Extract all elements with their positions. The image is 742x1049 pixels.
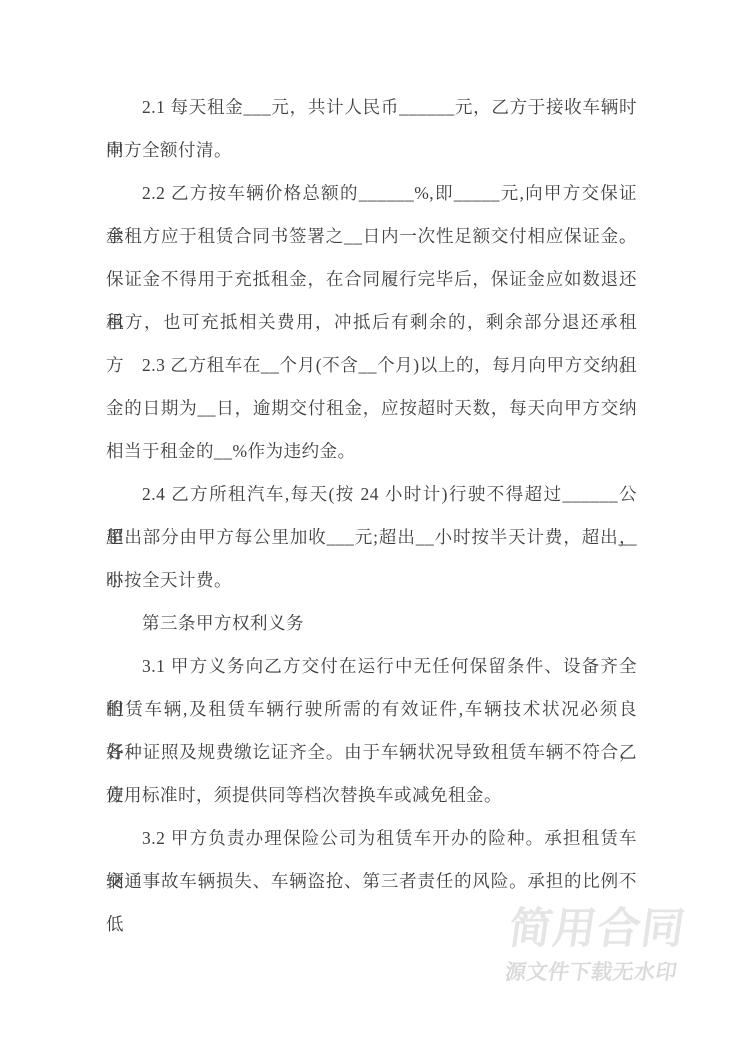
contract-body: 2.1 每天租金___元，共计人民币______元，乙方于接收车辆时向 甲方全额…	[106, 86, 637, 903]
clause-3-1: 3.1 甲方义务向乙方交付在运行中无任何保留条件、设备齐全的 租赁车辆,及租赁车…	[106, 645, 637, 817]
text-line: 相当于租金的__%作为违约金。	[106, 430, 637, 473]
clause-2-2: 2.2 乙方按车辆价格总额的______%,即_____元,向甲方交保证金。 承…	[106, 172, 637, 344]
text-line: 承租方应于租赁合同书签署之__日内一次性足额交付相应保证金。	[106, 215, 637, 258]
watermark: 简用合同 源文件下载无水印	[499, 905, 690, 985]
text-line: 2.1 每天租金___元，共计人民币______元，乙方于接收车辆时向	[106, 86, 637, 129]
watermark-title: 简用合同	[504, 905, 691, 953]
text-line: 交通事故车辆损失、车辆盗抢、第三者责任的风险。承担的比例不低	[106, 860, 637, 903]
text-line: 2.4 乙方所租汽车,每天(按 24 小时计)行驶不得超过______公里，	[106, 473, 637, 516]
text-line: 甲方全额付清。	[106, 129, 637, 172]
section-3-heading: 第三条甲方权利义务	[106, 602, 637, 645]
clause-3-2: 3.2 甲方负责办理保险公司为租赁车开办的险种。承担租赁车辆 交通事故车辆损失、…	[106, 817, 637, 903]
section-heading: 第三条甲方权利义务	[106, 602, 637, 645]
text-line: 保证金不得用于充抵租金，在合同履行完毕后，保证金应如数退还承	[106, 258, 637, 301]
watermark-subtitle: 源文件下载无水印	[499, 961, 682, 985]
text-line: 2.2 乙方按车辆价格总额的______%,即_____元,向甲方交保证金。	[106, 172, 637, 215]
text-line: 租赁车辆,及租赁车辆行驶所需的有效证件,车辆技术状况必须良好，	[106, 688, 637, 731]
text-line: 3.2 甲方负责办理保险公司为租赁车开办的险种。承担租赁车辆	[106, 817, 637, 860]
clause-2-4: 2.4 乙方所租汽车,每天(按 24 小时计)行驶不得超过______公里， 超…	[106, 473, 637, 602]
contract-page: 2.1 每天租金___元，共计人民币______元，乙方于接收车辆时向 甲方全额…	[0, 0, 742, 1049]
text-line: 使用标准时，须提供同等档次替换车或减免租金。	[106, 774, 637, 817]
text-line: 租方，也可充抵相关费用，冲抵后有剩余的，剩余部分退还承租方。	[106, 301, 637, 344]
clause-2-3: 2.3 乙方租车在__个月(不含__个月)以上的，每月向甲方交纳租 金的日期为_…	[106, 344, 637, 473]
text-line: 金的日期为__日，逾期交付租金，应按超时天数，每天向甲方交纳	[106, 387, 637, 430]
clause-2-1: 2.1 每天租金___元，共计人民币______元，乙方于接收车辆时向 甲方全额…	[106, 86, 637, 172]
text-line: 各种证照及规费缴讫证齐全。由于车辆状况导致租赁车辆不符合乙方	[106, 731, 637, 774]
text-line: 2.3 乙方租车在__个月(不含__个月)以上的，每月向甲方交纳租	[106, 344, 637, 387]
text-line: 时按全天计费。	[106, 559, 637, 602]
text-line: 3.1 甲方义务向乙方交付在运行中无任何保留条件、设备齐全的	[106, 645, 637, 688]
text-line: 超出部分由甲方每公里加收___元;超出__小时按半天计费，超出__小	[106, 516, 637, 559]
